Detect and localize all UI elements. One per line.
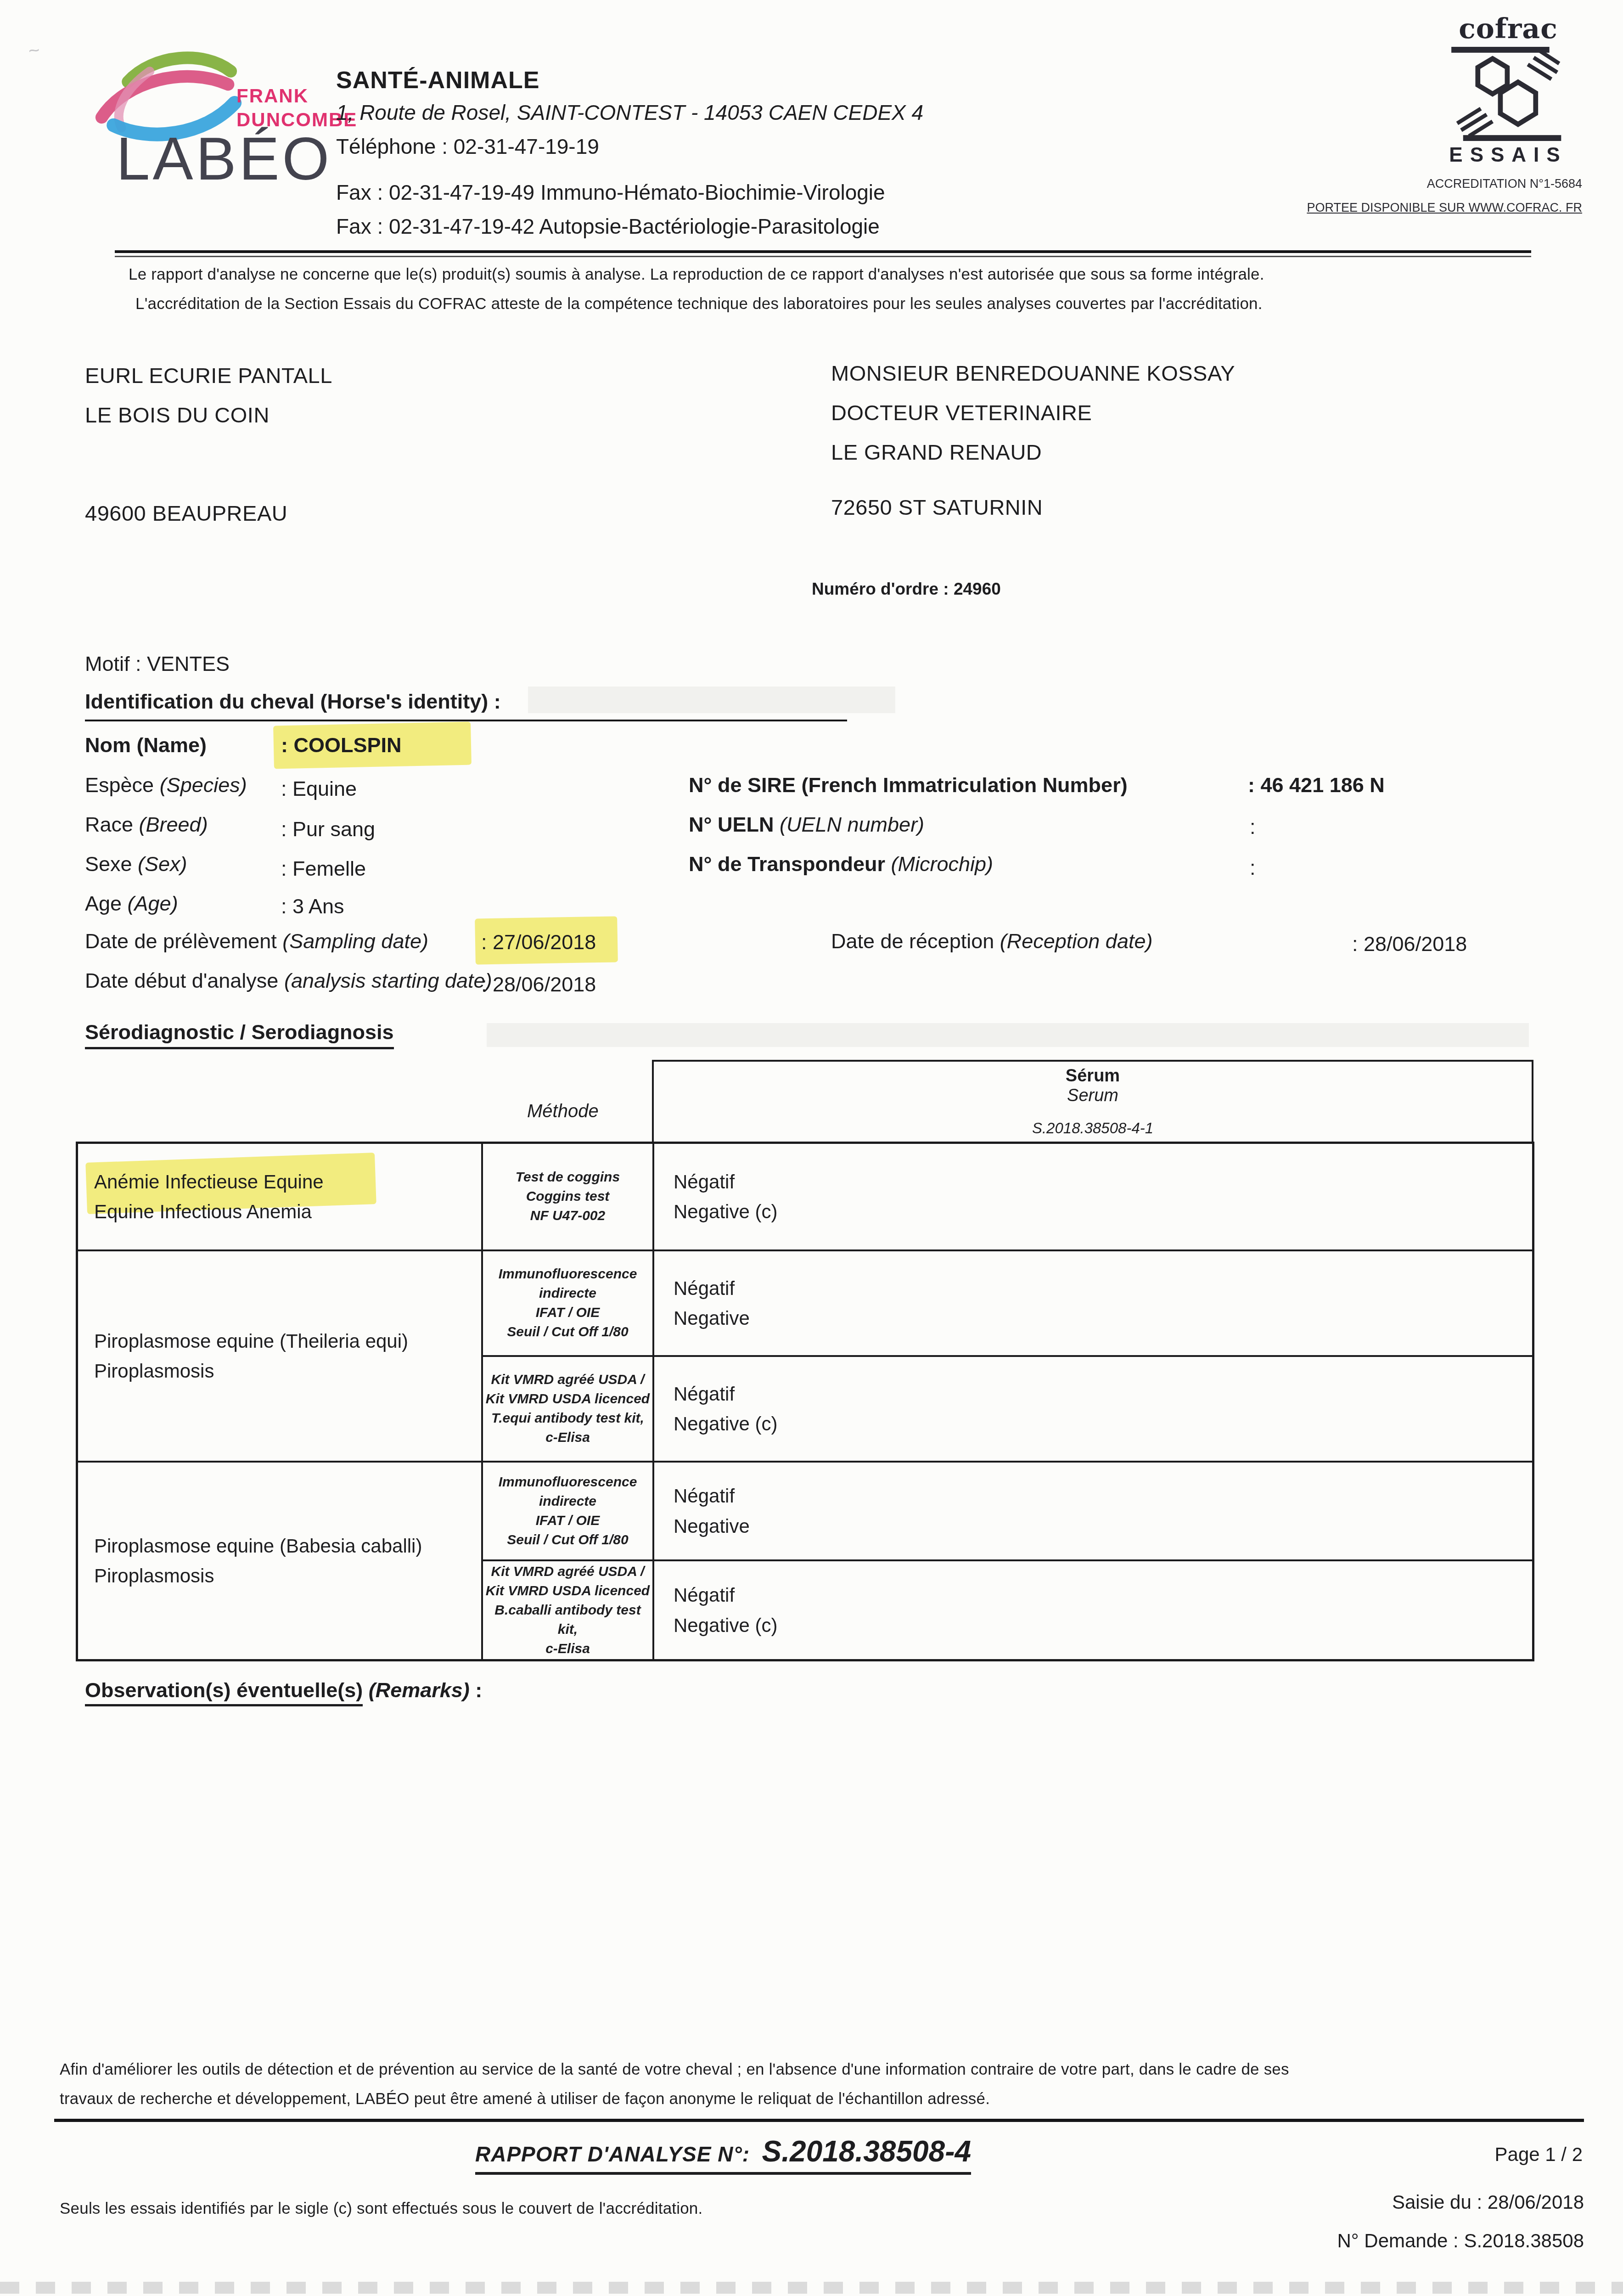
motif: Motif : VENTES [85, 652, 230, 676]
vet-city: 72650 ST SATURNIN [831, 488, 1043, 527]
serum-sample-id: S.2018.38508-4-1 [1032, 1120, 1153, 1142]
test-babesia-en: Piroplasmosis [94, 1561, 214, 1591]
field-sampling-value: : 27/06/2018 [481, 930, 596, 954]
cofrac-essais: ESSAIS [1432, 144, 1584, 167]
cofrac-accreditation: ACCREDITATION N°1-5684 [1327, 177, 1582, 191]
accreditation-note: Seuls les essais identifiés par le sigle… [60, 2200, 702, 2218]
header-rule-bottom [115, 256, 1531, 257]
department-title: SANTÉ-ANIMALE [336, 67, 539, 94]
method-babesia-ifat: Immunofluorescence indirecte IFAT / OIE … [483, 1463, 652, 1559]
result-theileria-ifat: Négatif Negative [654, 1251, 1551, 1355]
client-address: EURL ECURIE PANTALL LE BOIS DU COIN [85, 356, 332, 435]
field-sampling-label: Date de prélèvement (Sampling date) [85, 929, 428, 953]
observations-heading: Observation(s) éventuelle(s) (Remarks) : [85, 1678, 482, 1702]
labeo-wordmark: LABÉO [116, 124, 332, 193]
field-age-value: : 3 Ans [281, 895, 344, 918]
cofrac-logo: cofrac ESSAIS [1432, 13, 1584, 167]
field-microchip-label: N° de Transpondeur (Microchip) [689, 852, 993, 876]
footer-rule [54, 2119, 1584, 2122]
identity-heading: Identification du cheval (Horse's identi… [85, 690, 501, 714]
footer-note-line-1: Afin d'améliorer les outils de détection… [60, 2060, 1598, 2079]
cofrac-word: cofrac [1432, 13, 1584, 45]
client-line-1: EURL ECURIE PANTALL [85, 356, 332, 395]
vet-line-1: MONSIEUR BENREDOUANNE KOSSAY [831, 354, 1235, 393]
lab-report-page: ~ FRANK DUNCOMBE LABÉO SANTÉ-ANIMALE 1, … [0, 0, 1623, 2296]
scan-smudge-1 [528, 687, 895, 713]
method-babesia-elisa: Kit VMRD agréé USDA / Kit VMRD USDA lice… [483, 1561, 652, 1659]
field-breed-label: Race (Breed) [85, 813, 208, 837]
result-anemia: Négatif Negative (c) [654, 1144, 1551, 1249]
test-anemia-en: Equine Infectious Anemia [94, 1197, 312, 1227]
method-coggins: Test de coggins Coggins test NF U47-002 [483, 1144, 652, 1249]
identity-heading-underline [85, 720, 847, 721]
report-label: RAPPORT D'ANALYSE N°: [475, 2142, 750, 2166]
field-sex-value: : Femelle [281, 857, 366, 881]
test-row-babesia-name: Piroplasmose equine (Babesia caballi) Pi… [78, 1463, 497, 1659]
client-city: 49600 BEAUPREAU [85, 494, 287, 533]
disclaimer-line-1: Le rapport d'analyse ne concerne que le(… [129, 265, 1533, 284]
test-babesia-fr: Piroplasmose equine (Babesia caballi) [94, 1531, 422, 1561]
lab-fax-2: Fax : 02-31-47-19-42 Autopsie-Bactériolo… [336, 214, 880, 239]
footer-note-line-2: travaux de recherche et développement, L… [60, 2090, 1598, 2108]
cofrac-emblem-icon [1444, 47, 1572, 141]
request-number: N° Demande : S.2018.38508 [1337, 2230, 1584, 2252]
test-row-theileria-name: Piroplasmose equine (Theileria equi) Pir… [78, 1251, 497, 1461]
field-reception-label: Date de réception (Reception date) [831, 929, 1152, 953]
scan-scribble-mark: ~ [27, 39, 41, 62]
result-theileria-elisa: Négatif Negative (c) [654, 1357, 1551, 1461]
field-name-label: Nom (Name) [85, 733, 207, 757]
entry-date: Saisie du : 28/06/2018 [1392, 2191, 1584, 2213]
serology-table: Anémie Infectieuse Equine Equine Infecti… [76, 1142, 1534, 1661]
result-babesia-ifat: Négatif Negative [654, 1463, 1551, 1559]
observations-suffix: : [470, 1678, 483, 1702]
field-age-label: Age (Age) [85, 892, 178, 916]
serum-column-header: Sérum Serum S.2018.38508-4-1 [652, 1060, 1533, 1143]
client-line-2: LE BOIS DU COIN [85, 395, 332, 435]
field-name-value: : COOLSPIN [281, 733, 402, 757]
test-theileria-en: Piroplasmosis [94, 1356, 214, 1386]
lab-phone: Téléphone : 02-31-47-19-19 [336, 134, 599, 159]
field-ueln-label: N° UELN (UELN number) [689, 813, 924, 837]
vet-line-3: LE GRAND RENAUD [831, 433, 1235, 472]
serum-title-fr: Sérum [1066, 1066, 1120, 1086]
report-number-line: RAPPORT D'ANALYSE N°: S.2018.38508-4 [475, 2134, 971, 2175]
test-row-anemia-name: Anémie Infectieuse Equine Equine Infecti… [78, 1144, 497, 1249]
order-number: Numéro d'ordre : 24960 [812, 580, 1001, 599]
method-theileria-elisa: Kit VMRD agréé USDA / Kit VMRD USDA lice… [483, 1357, 652, 1461]
serology-heading: Sérodiagnostic / Serodiagnosis [85, 1020, 394, 1049]
test-theileria-fr: Piroplasmose equine (Theileria equi) [94, 1326, 408, 1356]
vet-line-2: DOCTEUR VETERINAIRE [831, 393, 1235, 433]
test-anemia-fr: Anémie Infectieuse Equine [94, 1167, 324, 1197]
method-column-label: Méthode [527, 1101, 599, 1122]
field-microchip-value: : [1250, 856, 1256, 880]
bottom-scan-band [0, 2282, 1623, 2294]
result-babesia-elisa: Négatif Negative (c) [654, 1561, 1551, 1659]
field-breed-value: : Pur sang [281, 817, 375, 841]
lab-fax-1: Fax : 02-31-47-19-49 Immuno-Hémato-Bioch… [336, 180, 885, 205]
field-sex-label: Sexe (Sex) [85, 852, 187, 876]
field-sire-value: : 46 421 186 N [1248, 773, 1385, 797]
field-analysis-start-value: : 28/06/2018 [481, 973, 596, 996]
brand-frank: FRANK [236, 84, 309, 108]
serum-title-en: Serum [1067, 1086, 1118, 1106]
vet-address: MONSIEUR BENREDOUANNE KOSSAY DOCTEUR VET… [831, 354, 1235, 472]
field-analysis-start-label: Date début d'analyse (analysis starting … [85, 969, 492, 993]
field-ueln-value: : [1250, 815, 1256, 839]
report-number: S.2018.38508-4 [762, 2135, 972, 2168]
cofrac-portee-link: PORTEE DISPONIBLE SUR WWW.COFRAC. FR [1134, 201, 1582, 215]
field-species-label: Espèce (Species) [85, 773, 247, 797]
disclaimer-line-2: L'accréditation de la Section Essais du … [135, 295, 1540, 313]
field-species-value: : Equine [281, 777, 357, 801]
page-indicator: Page 1 / 2 [1495, 2144, 1583, 2166]
observations-label-en: (Remarks) [369, 1678, 470, 1702]
header-rule-top [115, 250, 1531, 253]
scan-smudge-2 [487, 1023, 1529, 1047]
lab-address: 1, Route de Rosel, SAINT-CONTEST - 14053… [336, 100, 923, 125]
method-theileria-ifat: Immunofluorescence indirecte IFAT / OIE … [483, 1251, 652, 1355]
field-reception-value: : 28/06/2018 [1352, 932, 1467, 956]
field-sire-label: N° de SIRE (French Immatriculation Numbe… [689, 773, 1128, 797]
observations-label-fr: Observation(s) éventuelle(s) [85, 1678, 363, 1706]
